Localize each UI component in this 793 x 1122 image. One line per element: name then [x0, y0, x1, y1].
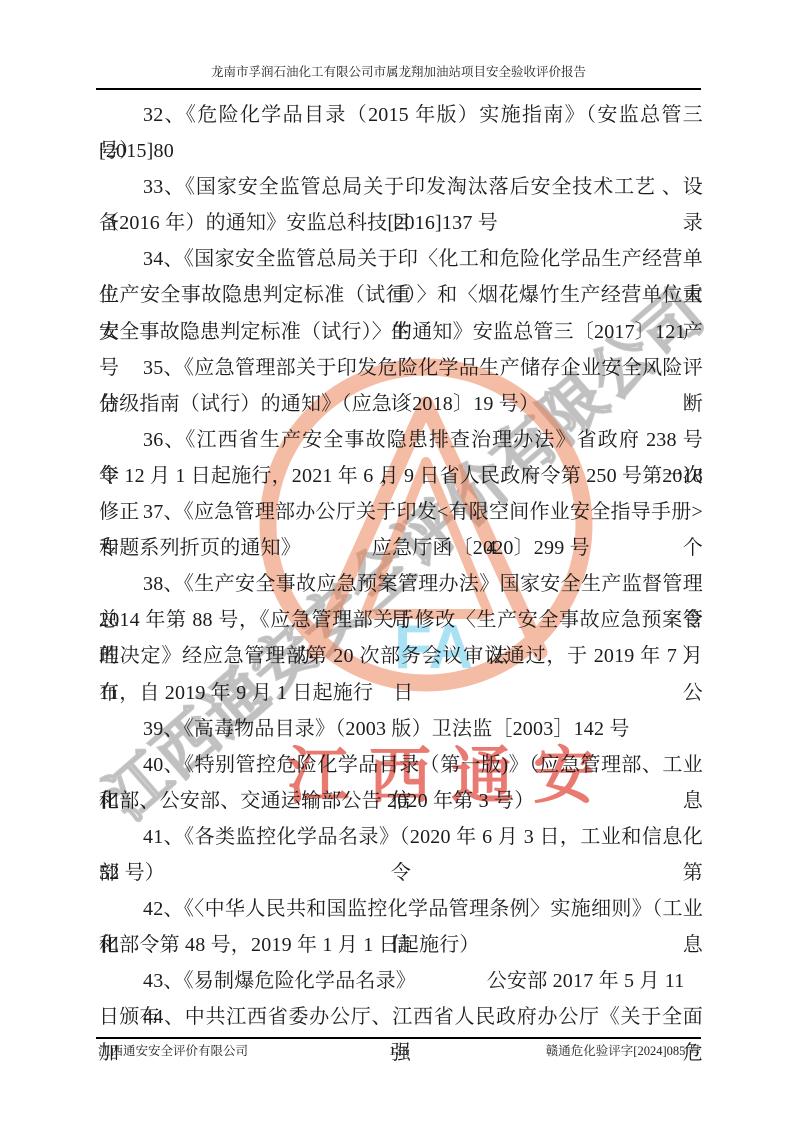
body-line: 32、《危险化学品目录（2015 年版）实施指南》（安监总管三[2015]80 — [99, 97, 703, 133]
body-line: 安全事故隐患判定标准（试行）〉的通知》安监总管三〔2017〕121 号 — [99, 314, 703, 350]
body-line: 43、《易制爆危险化学品名录》 公安部 2017 年 5 月 11 日颁布 — [99, 963, 703, 999]
report-header-title: 龙南市孚润石油化工有限公司市属龙翔加油站项目安全验收评价报告 — [96, 64, 701, 80]
body-line: 号） — [99, 133, 703, 169]
body-line: 的决定》经应急管理部第 20 次部务会议审议通过，于 2019 年 7 月 11… — [99, 638, 703, 674]
body-line: 年 12 月 1 日起施行，2021 年 6 月 9 日省人民政府令第 250 … — [99, 458, 703, 494]
body-line: 36、《江西省生产安全事故隐患排查治理办法》省政府 238 号令，2018 — [99, 422, 703, 458]
body-line: 39、《高毒物品目录》（2003 版）卫法监［2003］142 号 — [99, 711, 703, 747]
body-line: 44、中共江西省委办公厅、江西省人民政府办公厅《关于全面加强危 — [99, 999, 703, 1035]
body-lines: 32、《危险化学品目录（2015 年版）实施指南》（安监总管三[2015]80号… — [99, 97, 703, 1035]
document-page: 江西通安安全评价有限公司 FA 江西通安 龙南市孚润石油化工有限公司市属龙翔加油… — [0, 0, 793, 1122]
body-line: 42、《〈中华人民共和国监控化学品管理条例〉实施细则》（工业和信息 — [99, 891, 703, 927]
header-divider — [96, 88, 701, 90]
body-line: 40、《特别管控危险化学品目录（第一版)》（应急管理部、工业和信息 — [99, 747, 703, 783]
body-line: 41、《各类监控化学品名录》（2020 年 6 月 3 日，工业和信息化部令第 — [99, 819, 703, 855]
body-line: 34、《国家安全监管总局关于印〈化工和危险化学品生产经营单位重大 — [99, 241, 703, 277]
body-line: 37、《应急管理部办公厅关于印发<有限空间作业安全指导手册>和 4 个 — [99, 494, 703, 530]
body-line: 38、《生产安全事故应急预案管理办法》国家安全生产监督管理总局令 — [99, 566, 703, 602]
body-line: 35、《应急管理部关于印发危险化学品生产储存企业安全风险评估诊断 — [99, 350, 703, 386]
body-line: 生产安全事故隐患判定标准（试行）〉和〈烟花爆竹生产经营单位重大生产 — [99, 277, 703, 313]
body-line: 33、《国家安全监管总局关于印发淘汰落后安全技术工艺 、设备目录 — [99, 169, 703, 205]
body-line: 2014 年第 88 号，《应急管理部关于修改〈生产安全事故应急预案管理办法〉 — [99, 602, 703, 638]
